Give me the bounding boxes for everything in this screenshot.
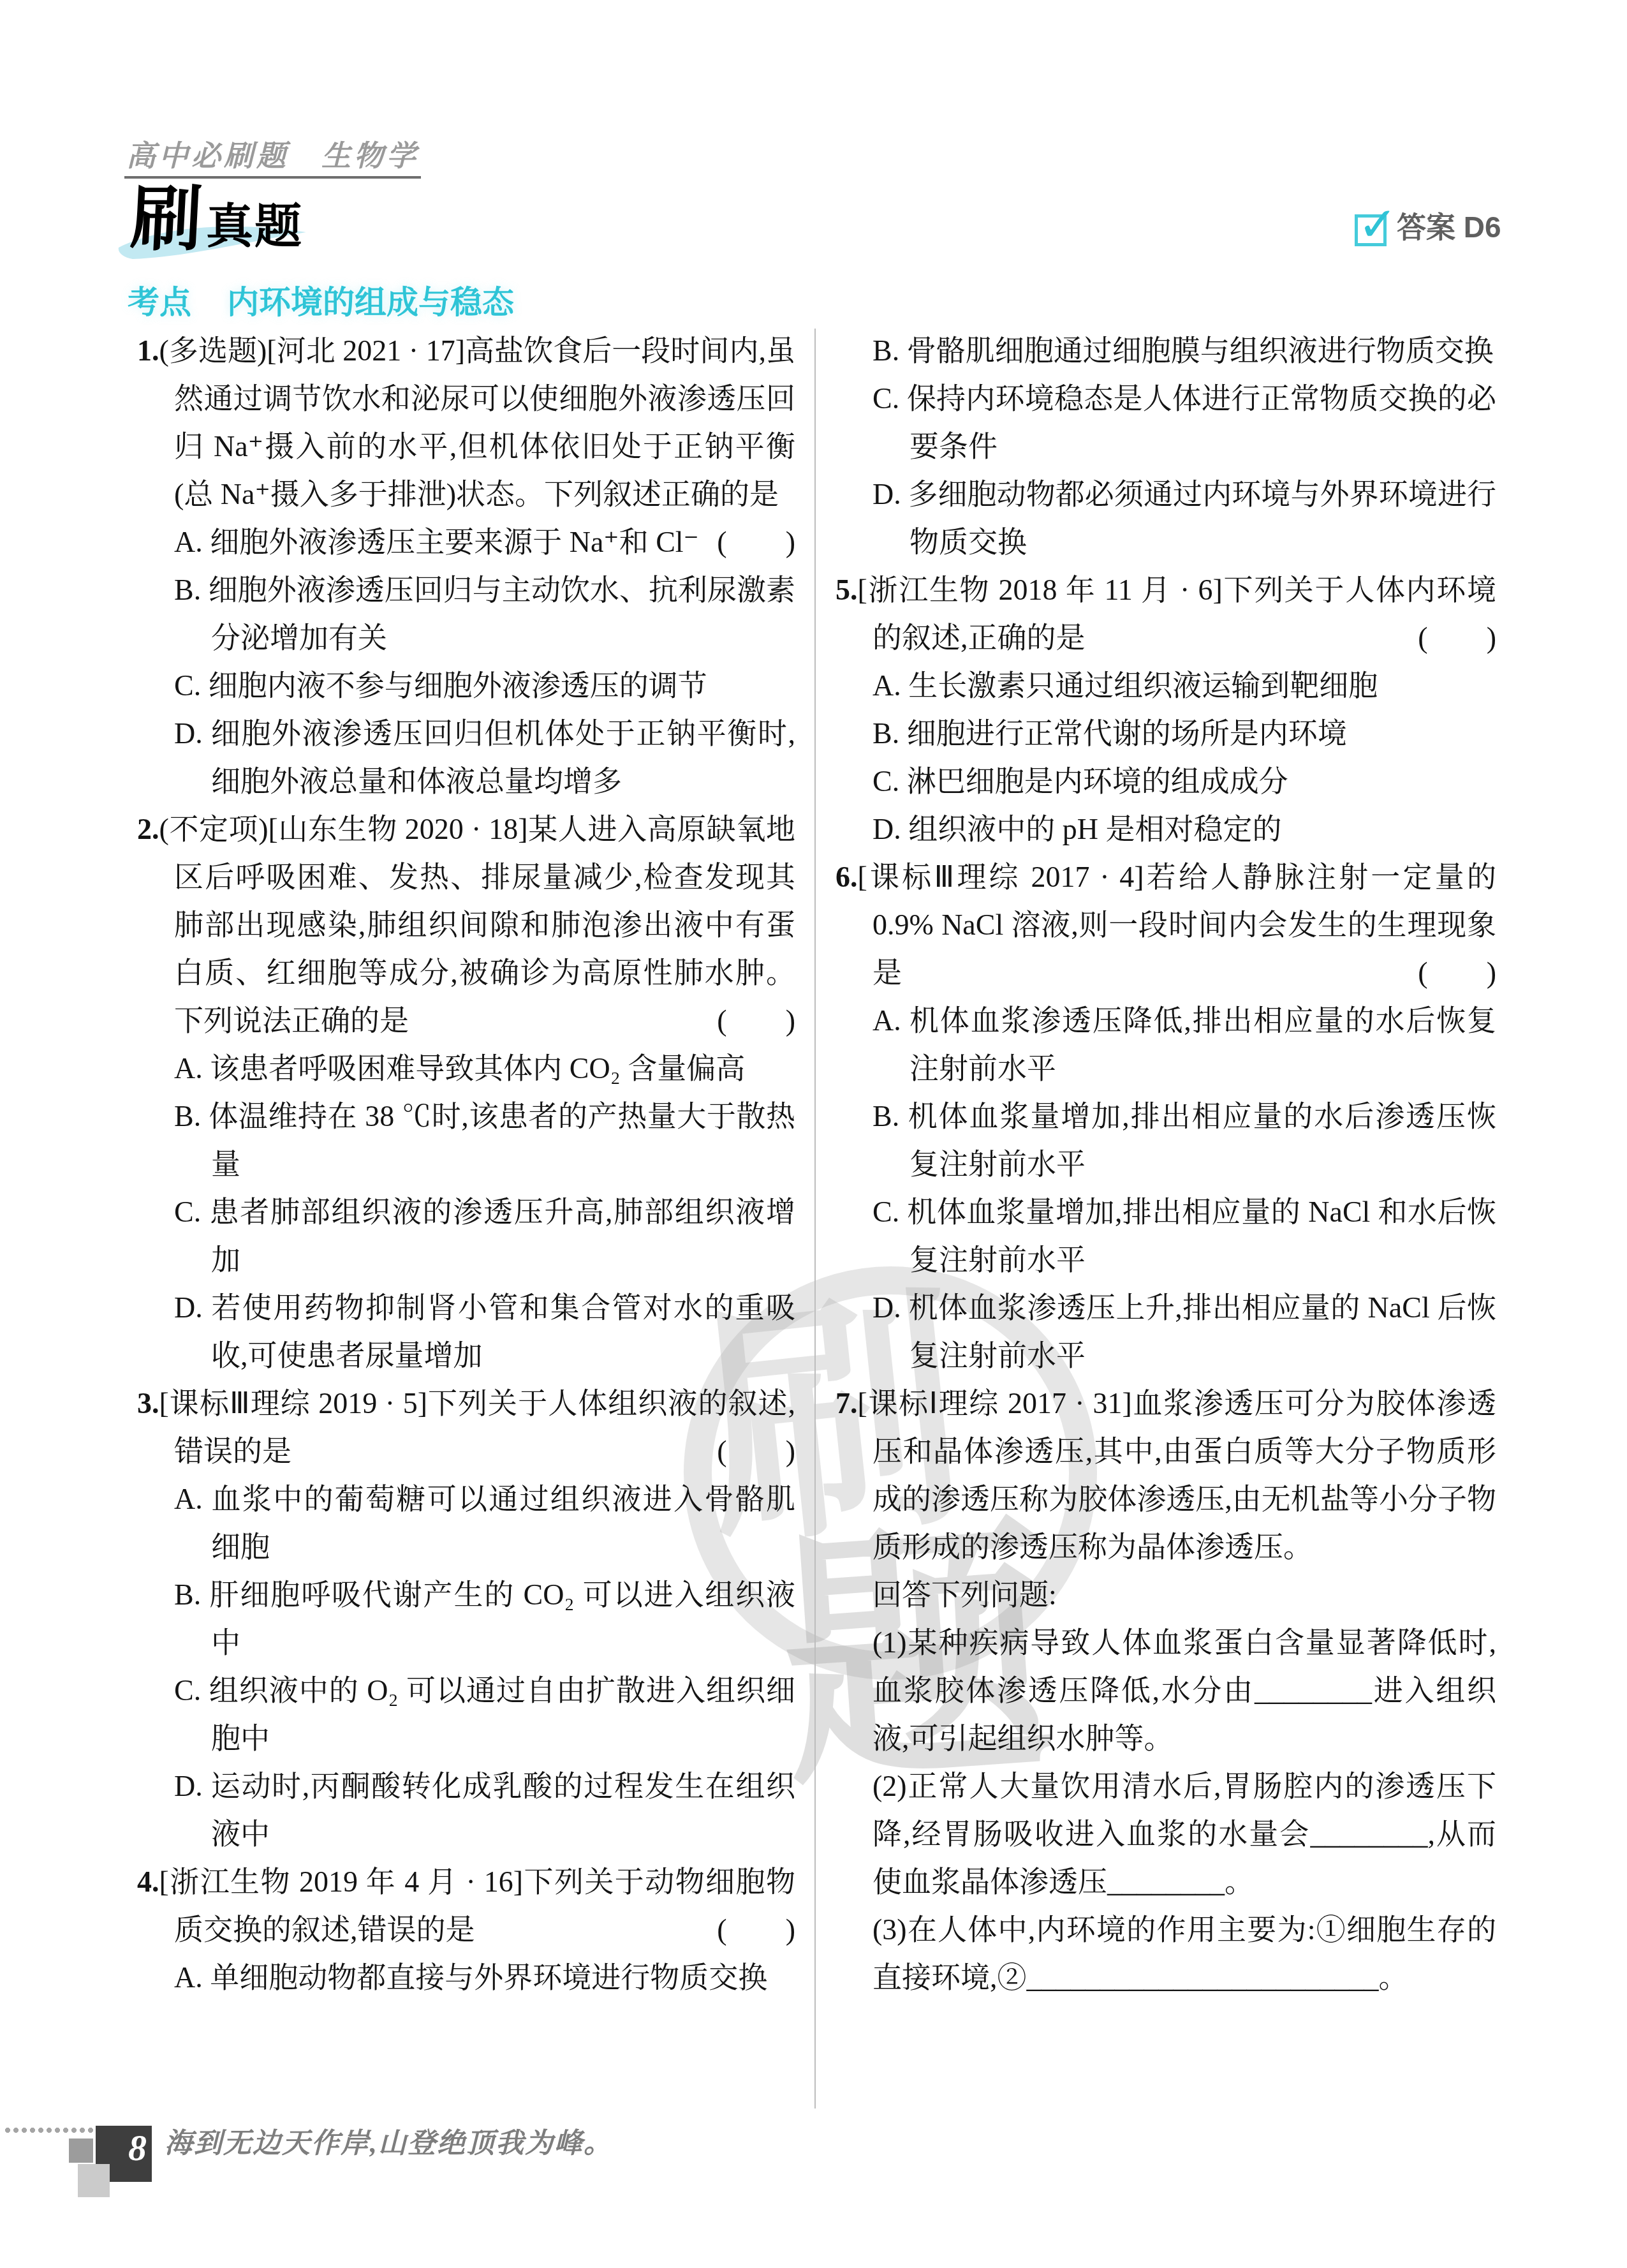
option-B: B. 体温维持在 38 ℃时,该患者的产热量大于散热量: [137, 1092, 795, 1188]
workbook-page: { "header": { "book_title": "高中必刷题 生物学",…: [0, 0, 1627, 2268]
option-label: C.: [174, 669, 209, 702]
option-C: C. 机体血浆量增加,排出相应量的 NaCl 和水后恢复注射前水平: [836, 1188, 1496, 1284]
option-A: A. 生长激素只通过组织液运输到靶细胞: [836, 662, 1496, 709]
question-number: 7.: [836, 1387, 858, 1419]
masthead-title: 真题: [206, 203, 303, 250]
option-label: C.: [872, 382, 907, 415]
option-B: B. 骨骼肌细胞通过细胞膜与组织液进行物质交换: [836, 327, 1496, 374]
answer-bracket: ( ): [754, 518, 795, 566]
option-B: B. 肝细胞呼吸代谢产生的 CO₂ 可以进入组织液中: [137, 1571, 795, 1666]
option-A: A. 机体血浆渗透压降低,排出相应量的水后恢复注射前水平: [836, 997, 1496, 1092]
answer-label: 答案 D6: [1397, 208, 1501, 246]
option-D: D. 机体血浆渗透压上升,排出相应量的 NaCl 后恢复注射前水平: [836, 1284, 1496, 1379]
option-D: D. 若使用药物抑制肾小管和集合管对水的重吸收,可使患者尿量增加: [137, 1284, 795, 1379]
topic-heading: 考点内环境的组成与稳态: [128, 285, 514, 320]
option-D: D. 多细胞动物都必须通过内环境与外界环境进行物质交换: [836, 470, 1496, 566]
footer-square-mid-gray: [69, 2138, 93, 2163]
option-B: B. 细胞进行正常代谢的场所是内环境: [836, 709, 1496, 757]
page-number: 8: [128, 2130, 147, 2167]
answer-bracket: ( ): [754, 1906, 795, 1953]
answer-bracket: ( ): [754, 997, 795, 1044]
question-4-continued: B. 骨骼肌细胞通过细胞膜与组织液进行物质交换C. 保持内环境稳态是人体进行正常…: [836, 327, 1496, 566]
question-stem: 5.[浙江生物 2018 年 11 月 · 6]下列关于人体内环境的叙述,正确的…: [836, 566, 1496, 662]
question-number: 5.: [836, 574, 858, 606]
option-A: A. 细胞外液渗透压主要来源于 Na⁺和 Cl⁻: [137, 518, 795, 566]
book-header-underline: [124, 176, 421, 179]
option-label: C.: [174, 1674, 209, 1707]
option-label: B.: [872, 717, 907, 750]
footer-motto: 海到无边天作岸,山登绝顶我为峰。: [165, 2127, 613, 2160]
option-label: C.: [174, 1196, 209, 1228]
question-number: 3.: [137, 1387, 159, 1419]
question-6: 6.[课标Ⅲ理综 2017 · 4]若给人静脉注射一定量的 0.9% NaCl …: [836, 853, 1496, 1379]
option-B: B. 机体血浆量增加,排出相应量的水后渗透压恢复注射前水平: [836, 1092, 1496, 1188]
option-label: A.: [174, 526, 210, 558]
question-stem: 1.(多选题)[河北 2021 · 17]高盐饮食后一段时间内,虽然通过调节饮水…: [137, 327, 795, 518]
question-stem: 4.[浙江生物 2019 年 4 月 · 16]下列关于动物细胞物质交换的叙述,…: [137, 1858, 795, 1953]
question-number: 1.: [137, 334, 159, 367]
option-label: B.: [872, 334, 907, 367]
option-label: A.: [174, 1961, 210, 1994]
option-label: D.: [174, 1770, 211, 1802]
question-sub-part: (2)正常人大量饮用清水后,胃肠腔内的渗透压下降,经胃肠吸收进入血浆的水量会__…: [836, 1762, 1496, 1906]
answer-bracket: ( ): [1455, 614, 1496, 662]
option-label: B.: [872, 1100, 908, 1132]
checkbox-check-icon: ✓: [1355, 214, 1387, 246]
check-mark-icon: ✓: [1358, 201, 1397, 248]
question-sub-part: (3)在人体中,内环境的作用主要为:①细胞生存的直接环境,②__________…: [836, 1906, 1496, 2001]
answer-badge: ✓ 答案 D6: [1355, 208, 1501, 246]
option-label: D.: [872, 478, 908, 510]
question-7: 7.[课标Ⅰ理综 2017 · 31]血浆渗透压可分为胶体渗透压和晶体渗透压,其…: [836, 1379, 1496, 2001]
option-label: A.: [174, 1483, 212, 1515]
question-2: 2.(不定项)[山东生物 2020 · 18]某人进入高原缺氧地区后呼吸困难、发…: [137, 805, 795, 1379]
book-header-title: 高中必刷题 生物学: [126, 133, 419, 175]
option-label: A.: [174, 1052, 210, 1085]
option-C: C. 淋巴细胞是内环境的组成成分: [836, 757, 1496, 805]
question-5: 5.[浙江生物 2018 年 11 月 · 6]下列关于人体内环境的叙述,正确的…: [836, 566, 1496, 853]
topic-title: 内环境的组成与稳态: [227, 285, 514, 320]
question-sub-part: 回答下列问题:: [836, 1571, 1496, 1619]
option-label: A.: [872, 669, 908, 702]
option-A: A. 单细胞动物都直接与外界环境进行物质交换: [137, 1953, 795, 2001]
option-label: D.: [174, 1291, 212, 1324]
option-label: A.: [872, 1004, 909, 1037]
question-stem: 2.(不定项)[山东生物 2020 · 18]某人进入高原缺氧地区后呼吸困难、发…: [137, 805, 795, 1044]
column-divider: [814, 329, 816, 2109]
option-label: B.: [174, 1578, 210, 1611]
left-column: 1.(多选题)[河北 2021 · 17]高盐饮食后一段时间内,虽然通过调节饮水…: [137, 327, 795, 2001]
question-number: 2.: [137, 813, 159, 845]
option-label: D.: [174, 717, 211, 750]
option-C: C. 细胞内液不参与细胞外液渗透压的调节: [137, 662, 795, 709]
option-D: D. 运动时,丙酮酸转化成乳酸的过程发生在组织液中: [137, 1762, 795, 1858]
option-label: B.: [174, 574, 209, 606]
option-label: D.: [872, 1291, 909, 1324]
question-4: 4.[浙江生物 2019 年 4 月 · 16]下列关于动物细胞物质交换的叙述,…: [137, 1858, 795, 2001]
option-D: D. 组织液中的 pH 是相对稳定的: [836, 805, 1496, 853]
answer-bracket: ( ): [1455, 949, 1496, 997]
question-sub-part: (1)某种疾病导致人体血浆蛋白含量显著降低时,血浆胶体渗透压降低,水分由____…: [836, 1619, 1496, 1762]
option-D: D. 细胞外液渗透压回归但机体处于正钠平衡时,细胞外液总量和体液总量均增多: [137, 709, 795, 805]
footer-dotted-line: [4, 2126, 101, 2135]
option-A: A. 血浆中的葡萄糖可以通过组织液进入骨骼肌细胞: [137, 1475, 795, 1571]
section-masthead: 刷 真题: [131, 186, 303, 253]
question-1: 1.(多选题)[河北 2021 · 17]高盐饮食后一段时间内,虽然通过调节饮水…: [137, 327, 795, 805]
question-3: 3.[课标Ⅲ理综 2019 · 5]下列关于人体组织液的叙述,错误的是( )A.…: [137, 1379, 795, 1858]
topic-label: 考点: [128, 285, 191, 320]
option-B: B. 细胞外液渗透压回归与主动饮水、抗利尿激素分泌增加有关: [137, 566, 795, 662]
option-label: B.: [174, 1100, 209, 1132]
question-stem: 6.[课标Ⅲ理综 2017 · 4]若给人静脉注射一定量的 0.9% NaCl …: [836, 853, 1496, 997]
option-C: C. 保持内环境稳态是人体进行正常物质交换的必要条件: [836, 374, 1496, 470]
question-number: 4.: [137, 1865, 159, 1898]
masthead-brush-char: 刷: [129, 186, 203, 253]
option-label: D.: [872, 813, 908, 845]
footer-square-light-gray: [78, 2164, 110, 2197]
right-column: B. 骨骼肌细胞通过细胞膜与组织液进行物质交换C. 保持内环境稳态是人体进行正常…: [836, 327, 1496, 2001]
question-stem: 7.[课标Ⅰ理综 2017 · 31]血浆渗透压可分为胶体渗透压和晶体渗透压,其…: [836, 1379, 1496, 1571]
option-A: A. 该患者呼吸困难导致其体内 CO₂ 含量偏高: [137, 1044, 795, 1092]
question-stem: 3.[课标Ⅲ理综 2019 · 5]下列关于人体组织液的叙述,错误的是( ): [137, 1379, 795, 1475]
option-C: C. 患者肺部组织液的渗透压升高,肺部组织液增加: [137, 1188, 795, 1284]
option-C: C. 组织液中的 O₂ 可以通过自由扩散进入组织细胞中: [137, 1666, 795, 1762]
option-label: C.: [872, 1196, 907, 1228]
question-number: 6.: [836, 861, 858, 893]
answer-bracket: ( ): [754, 1427, 795, 1475]
option-label: C.: [872, 765, 907, 797]
